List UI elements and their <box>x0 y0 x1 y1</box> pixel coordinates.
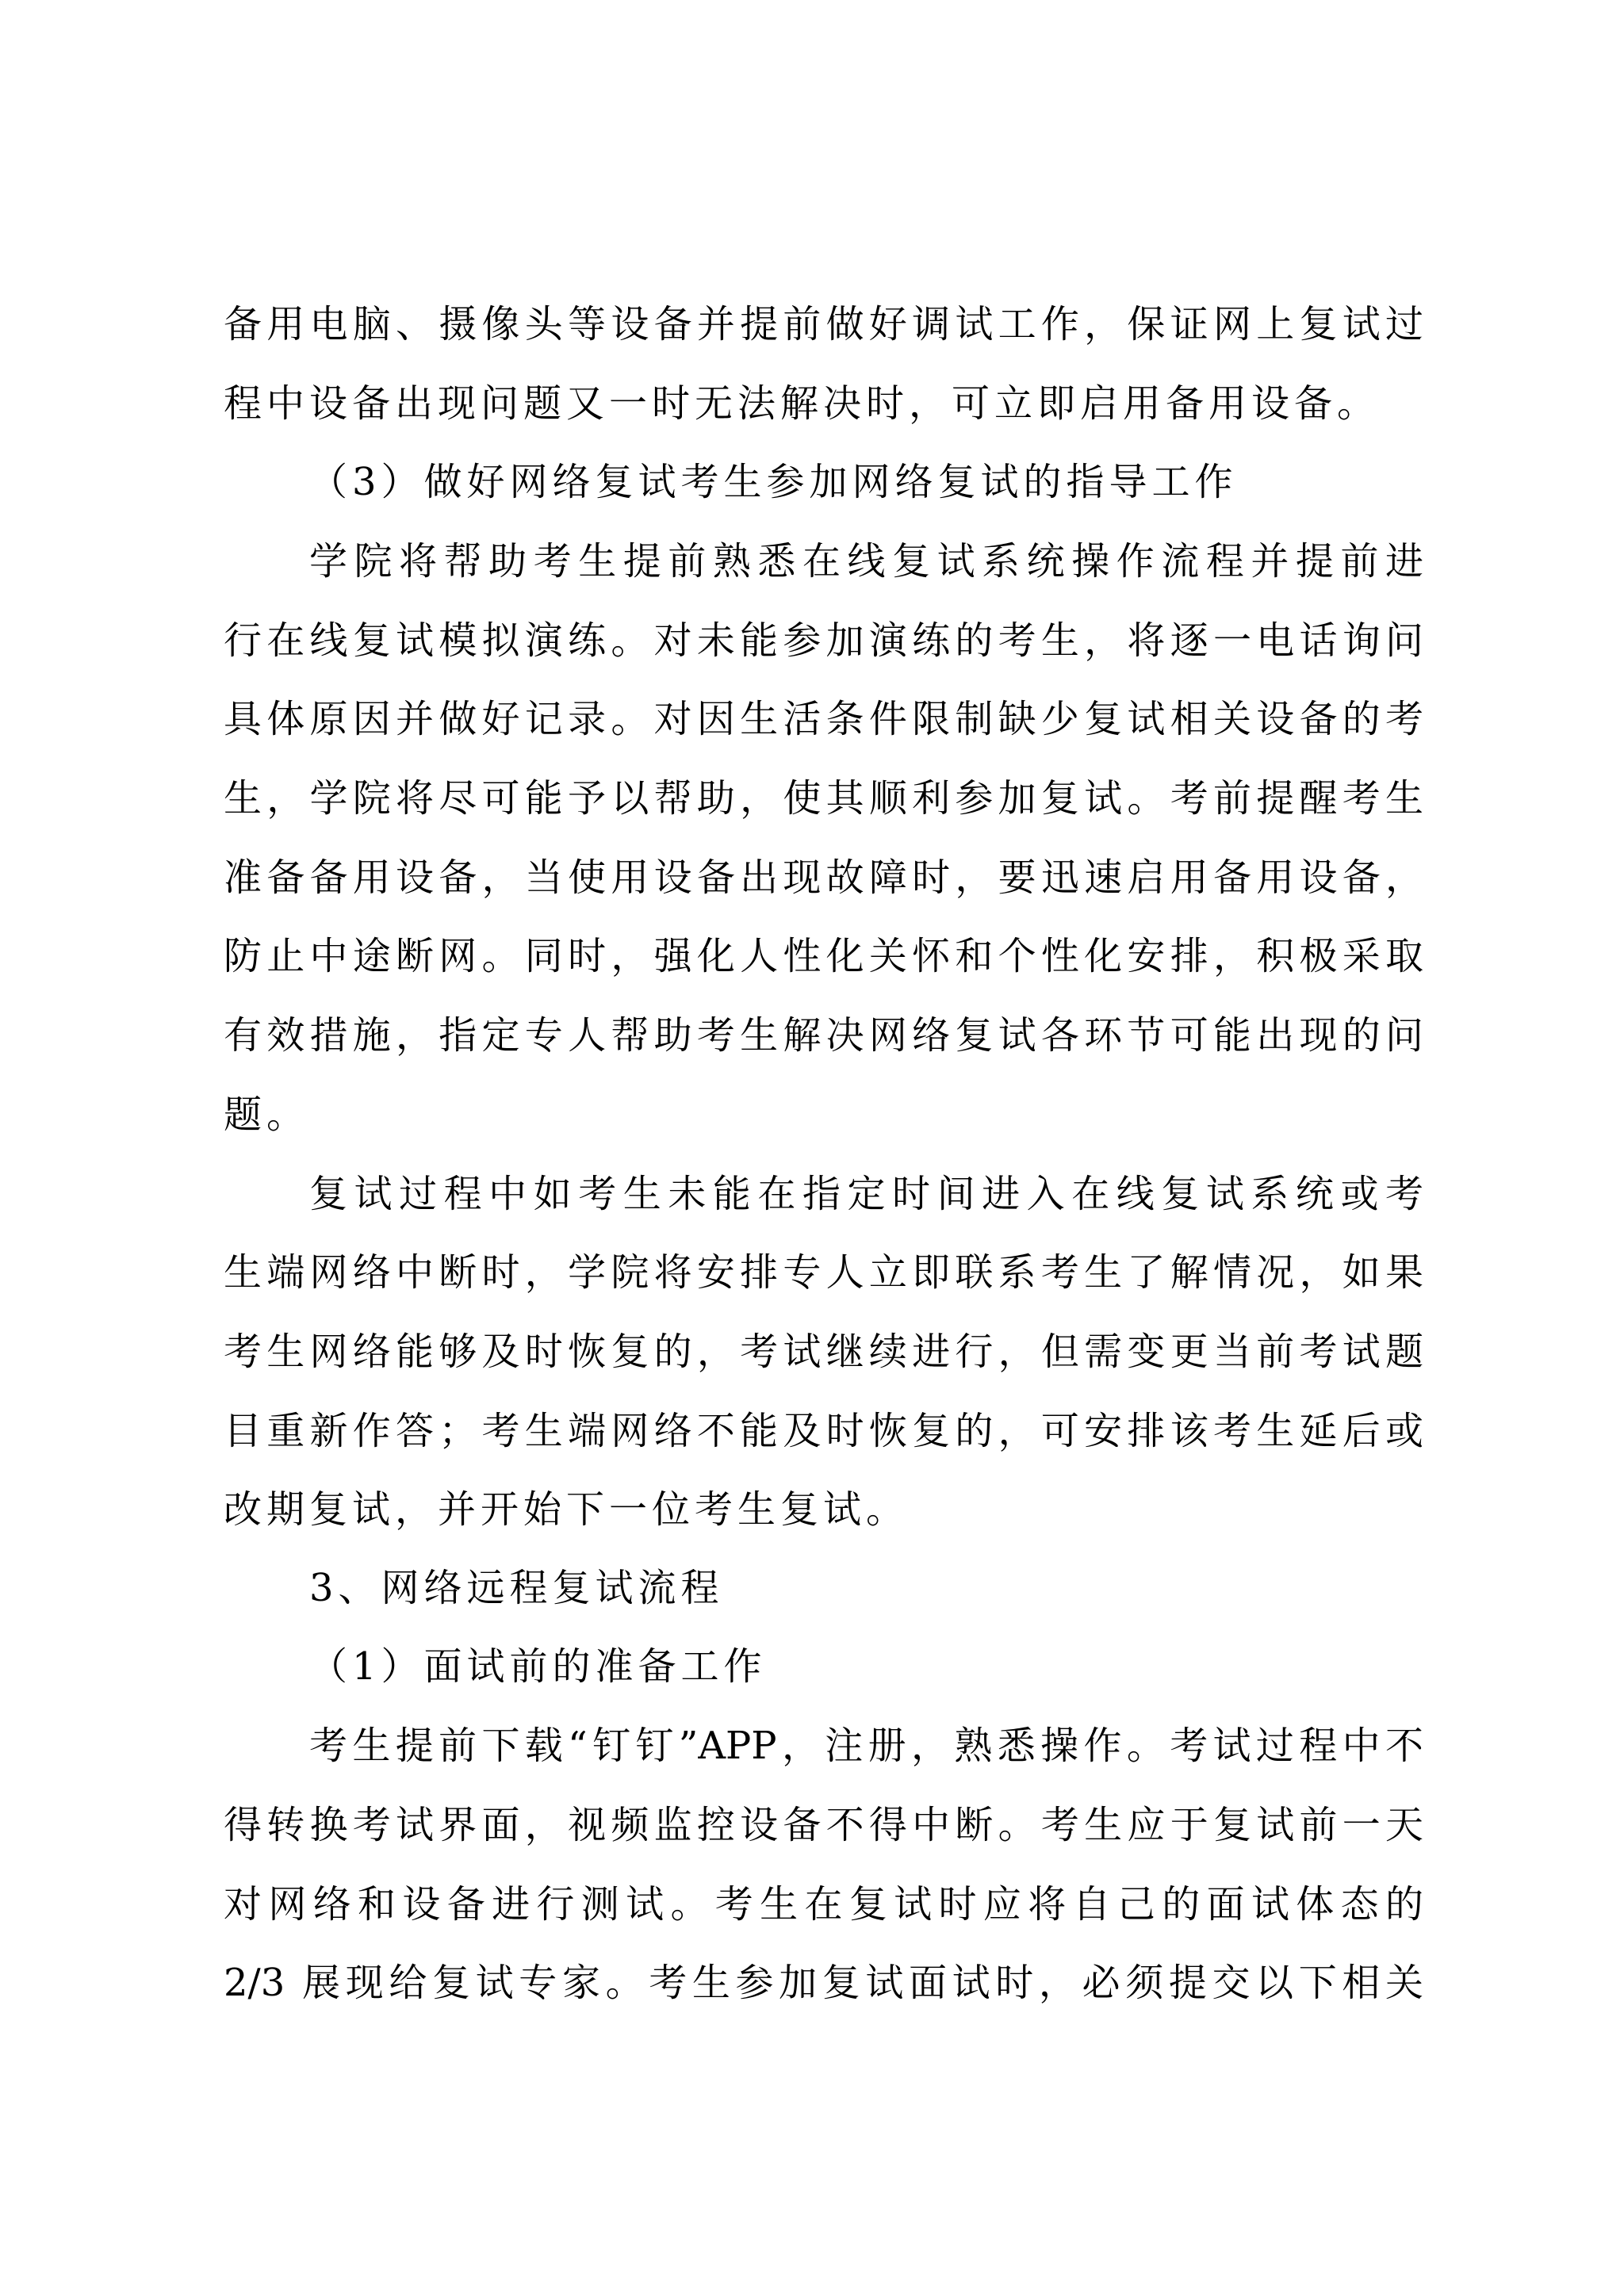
subsection-heading: （1）面试前的准备工作 <box>224 1646 1423 1687</box>
body-text-line: 对网络和设备进行测试。考生在复试时应将自己的面试体态的 <box>224 1884 1423 1925</box>
body-text-line: 行在线复试模拟演练。对未能参加演练的考生，将逐一电话询问 <box>224 620 1423 661</box>
body-text-line: 准备备用设备，当使用设备出现故障时，要迅速启用备用设备， <box>224 857 1423 898</box>
body-text-line: 考生网络能够及时恢复的，考试继续进行，但需变更当前考试题 <box>224 1331 1423 1372</box>
body-text-line: 考生提前下载“钉钉”APP，注册，熟悉操作。考试过程中不 <box>224 1725 1423 1766</box>
section-heading: （3）做好网络复试考生参加网络复试的指导工作 <box>224 461 1423 503</box>
body-text-line: 改期复试，并开始下一位考生复试。 <box>224 1489 1423 1530</box>
body-text-line: 2/3 展现给复试专家。考生参加复试面试时，必须提交以下相关 <box>224 1962 1423 2003</box>
body-text-line: 具体原因并做好记录。对因生活条件限制缺少复试相关设备的考 <box>224 698 1423 740</box>
section-heading: 3、网络远程复试流程 <box>224 1567 1423 1609</box>
body-text-line: 复试过程中如考生未能在指定时间进入在线复试系统或考 <box>224 1173 1423 1215</box>
body-text-line: 防止中途断网。同时，强化人性化关怀和个性化安排，积极采取 <box>224 936 1423 977</box>
body-text-line: 生端网络中断时，学院将安排专人立即联系考生了解情况，如果 <box>224 1252 1423 1293</box>
body-text-line: 程中设备出现问题又一时无法解决时，可立即启用备用设备。 <box>224 383 1423 424</box>
body-text-line: 学院将帮助考生提前熟悉在线复试系统操作流程并提前进 <box>224 541 1423 582</box>
body-text-line: 生，学院将尽可能予以帮助，使其顺利参加复试。考前提醒考生 <box>224 778 1423 819</box>
document-page: 备用电脑、摄像头等设备并提前做好调试工作，保证网上复试过 程中设备出现问题又一时… <box>0 0 1624 2296</box>
body-text-line: 备用电脑、摄像头等设备并提前做好调试工作，保证网上复试过 <box>224 304 1423 345</box>
body-text-line: 题。 <box>224 1094 1423 1135</box>
body-text-line: 目重新作答；考生端网络不能及时恢复的，可安排该考生延后或 <box>224 1410 1423 1452</box>
body-text-line: 有效措施，指定专人帮助考生解决网络复试各环节可能出现的问 <box>224 1015 1423 1056</box>
body-text-line: 得转换考试界面，视频监控设备不得中断。考生应于复试前一天 <box>224 1804 1423 1846</box>
